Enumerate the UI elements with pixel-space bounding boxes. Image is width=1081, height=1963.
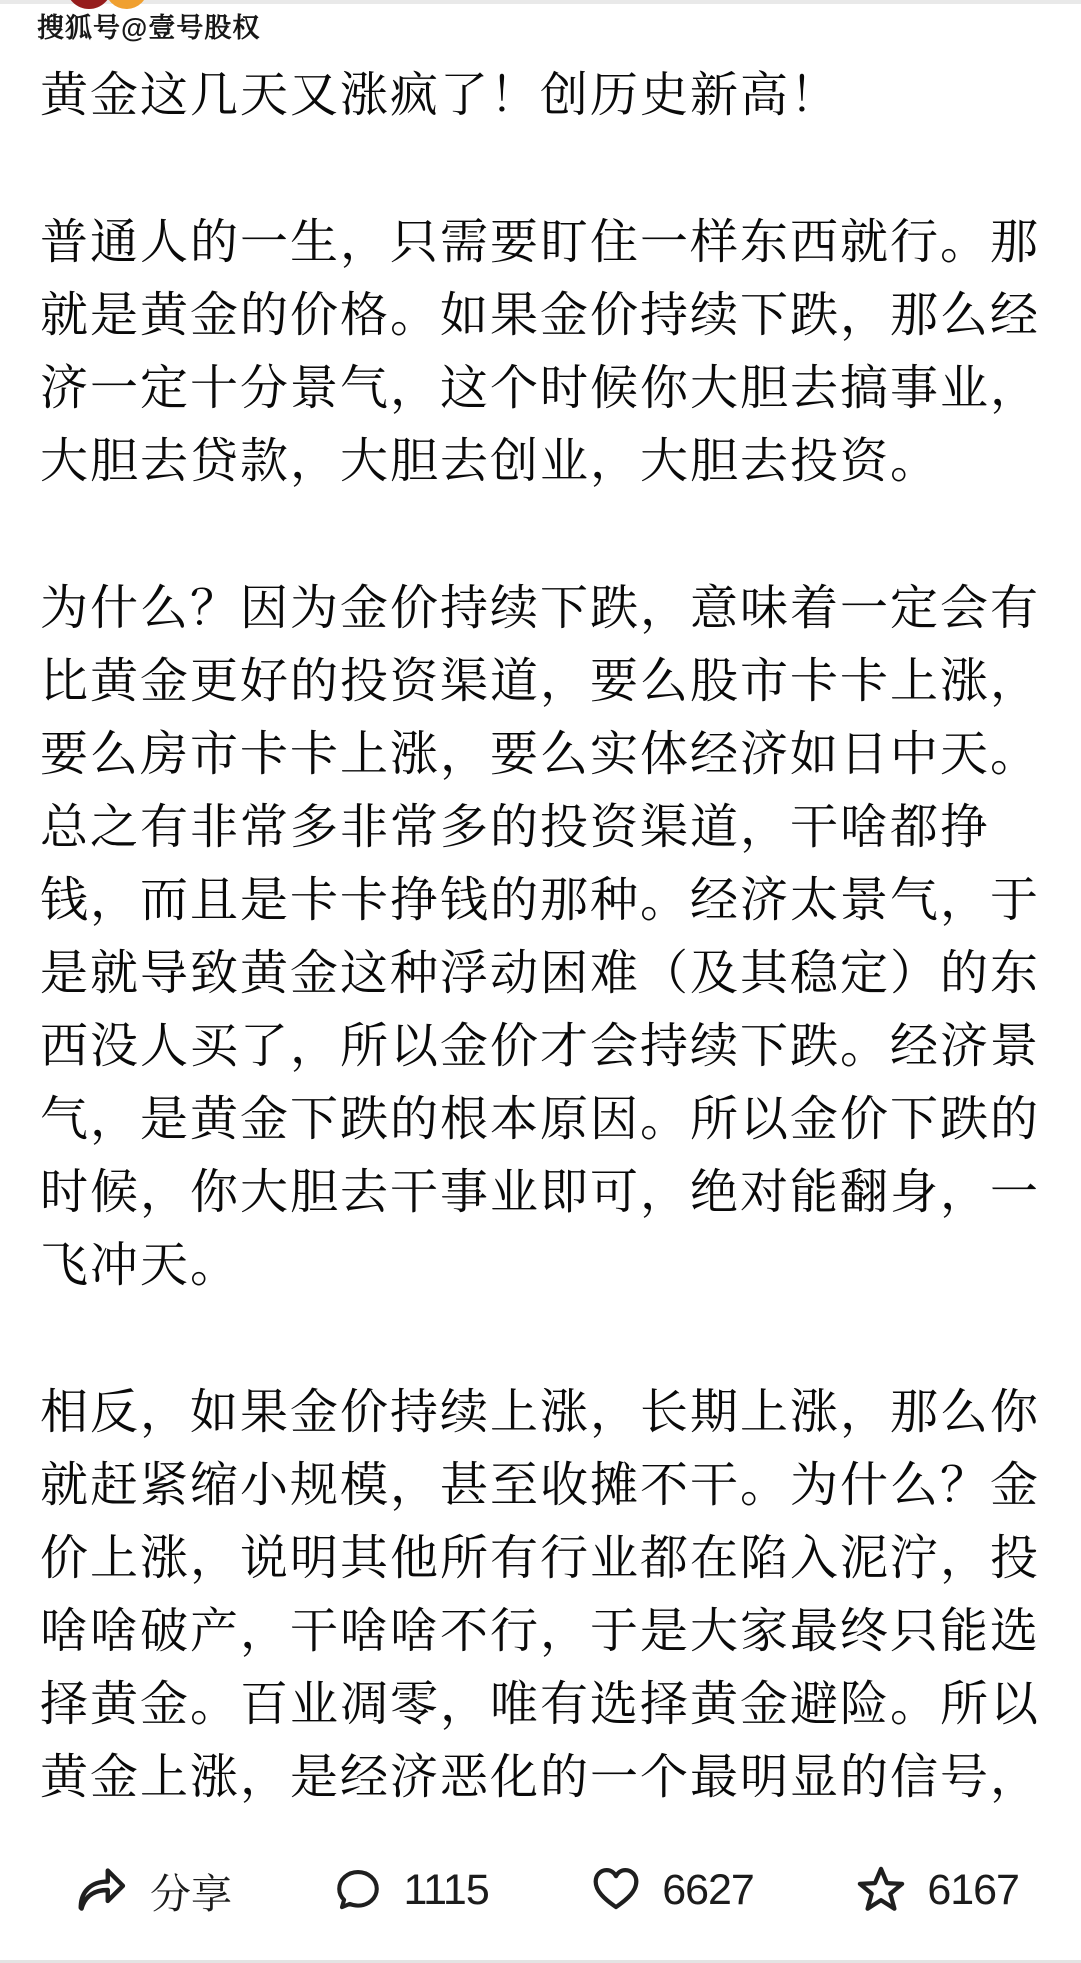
favorite-button[interactable]: 6167 [855, 1863, 1019, 1917]
comment-count: 1115 [403, 1866, 488, 1915]
share-icon [74, 1863, 128, 1917]
like-button[interactable]: 6627 [590, 1863, 754, 1917]
favorite-count: 6167 [927, 1866, 1019, 1915]
article-body: 黄金这几天又涨疯了！创历史新高！ 普通人的一生，只需要盯住一样东西就行。那 就是… [40, 59, 1051, 1814]
article-title: 黄金这几天又涨疯了！创历史新高！ [40, 59, 1051, 132]
comment-bubble-icon [333, 1863, 383, 1917]
sohu-account-watermark: 搜狐号@壹号股权 [37, 6, 260, 45]
article-paragraph: 相反，如果金价持续上涨，长期上涨，那么你 就赶紧缩小规模，甚至收摊不干。为什么？… [40, 1376, 1051, 1814]
heart-icon [590, 1863, 642, 1917]
screenshot-top-edge [0, 0, 1081, 4]
article-paragraph: 为什么？因为金价持续下跌，意味着一定会有 比黄金更好的投资渠道，要么股市卡卡上涨… [40, 572, 1051, 1302]
article-paragraph: 普通人的一生，只需要盯住一样东西就行。那 就是黄金的价格。如果金价持续下跌，那么… [40, 206, 1051, 498]
share-label: 分享 [150, 1861, 232, 1920]
share-button[interactable]: 分享 [74, 1861, 232, 1920]
like-count: 6627 [662, 1866, 754, 1915]
star-icon [855, 1863, 907, 1917]
comment-button[interactable]: 1115 [333, 1863, 488, 1917]
bottom-action-bar: 分享 1115 6627 6167 [0, 1854, 1081, 1926]
